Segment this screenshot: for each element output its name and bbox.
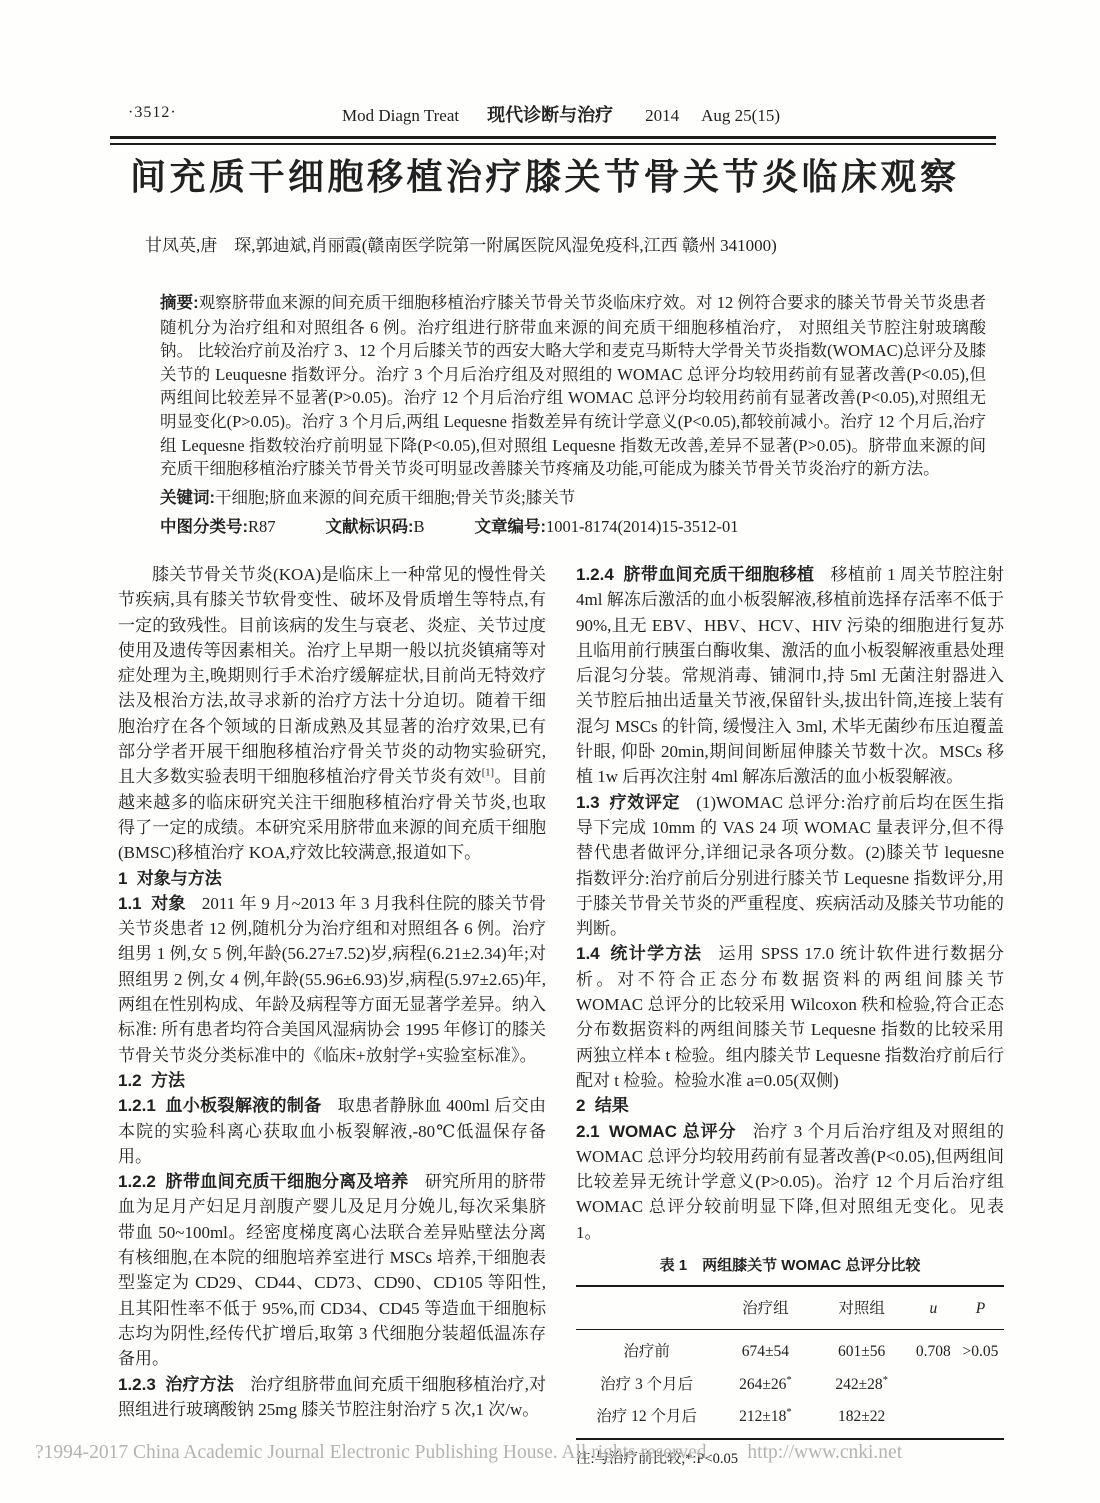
table-header: 治疗组 对照组 u P — [576, 1286, 1004, 1330]
row-label: 治疗前 — [576, 1330, 717, 1368]
col-header-treatment: 治疗组 — [717, 1286, 813, 1330]
abstract-text: 观察脐带血来源的间充质干细胞移植治疗膝关节骨关节炎临床疗效。对 12 例符合要求… — [160, 293, 986, 478]
section-1-4: 1.4统计学方法运用 SPSS 17.0 统计软件进行数据分析。对不符合正态分布… — [576, 941, 1004, 1093]
section-1-2-4-title: 脐带血间充质干细胞移植 — [623, 565, 814, 584]
col-header-p: P — [957, 1286, 1004, 1330]
footer: ?1994-2017 China Academic Journal Electr… — [35, 1442, 902, 1464]
journal-year: 2014 — [645, 106, 679, 125]
section-1-2-4-num: 1.2.4 — [576, 565, 614, 584]
section-1-3-title: 疗效评定 — [609, 793, 680, 812]
keywords-line: 关键词:干细胞;脐血来源的间充质干细胞;骨关节炎;膝关节 — [160, 486, 986, 511]
section-1-2-1: 1.2.1血小板裂解液的制备取患者静脉血 400ml 后交由本院的实验科离心获取… — [118, 1093, 546, 1169]
journal-title-cn: 现代诊断与治疗 — [487, 105, 613, 125]
control-value: 242±28* — [814, 1368, 910, 1400]
section-1-4-title: 统计学方法 — [609, 944, 702, 963]
section-1-2-3-num: 1.2.3 — [118, 1375, 156, 1394]
value: 601±56 — [838, 1343, 885, 1360]
section-1-2-2-text: 研究所用的脐带血为足月产妇足月剖腹产婴儿及足月分娩儿,每次采集脐带血 50~10… — [118, 1172, 546, 1368]
clc-group: 中图分类号:R87 — [160, 517, 276, 536]
p-value — [957, 1368, 1004, 1400]
paper-page: ·3512· Mod Diagn Treat现代诊断与治疗2014Aug 25(… — [0, 0, 1100, 1503]
table-body: 治疗前 674±54 601±56 0.708 >0.05 治疗 3 个月后 2… — [576, 1330, 1004, 1439]
table-row-12-months: 治疗 12 个月后 212±18* 182±22 — [576, 1400, 1004, 1439]
treatment-value: 212±18* — [717, 1400, 813, 1439]
heading-1-title: 对象与方法 — [137, 869, 222, 888]
row-label: 治疗 12 个月后 — [576, 1400, 717, 1439]
heading-2-num: 2 — [576, 1096, 585, 1115]
table-row-pretreatment: 治疗前 674±54 601±56 0.708 >0.05 — [576, 1330, 1004, 1368]
p-value — [957, 1400, 1004, 1439]
section-1-2-1-title: 血小板裂解液的制备 — [165, 1096, 321, 1115]
section-1-3-text: (1)WOMAC 总评分:治疗前后均在医生指导下完成 10mm 的 VAS 24… — [576, 793, 1004, 938]
clc-label: 中图分类号: — [160, 518, 248, 536]
heading-1-2-title: 方法 — [151, 1071, 185, 1090]
left-column: 膝关节骨关节炎(KOA)是临床上一种常见的慢性骨关节疾病,具有膝关节软骨变性、破… — [118, 562, 546, 1469]
article-id-group: 文章编号:1001-8174(2014)15-3512-01 — [475, 517, 739, 536]
footer-url: http://www.cnki.net — [747, 1442, 902, 1463]
sig-marker: * — [883, 1374, 888, 1385]
article-id-label: 文章编号: — [475, 518, 547, 536]
reference-marker: [1] — [482, 768, 494, 779]
section-1-1-num: 1.1 — [118, 894, 142, 913]
copyright-text: ?1994-2017 China Academic Journal Electr… — [35, 1442, 711, 1463]
section-1-2-3: 1.2.3治疗方法治疗组脐带血间充质干细胞移植治疗,对照组进行玻璃酸钠 25mg… — [118, 1372, 546, 1423]
keywords-label: 关键词: — [160, 489, 215, 507]
section-2-1-num: 2.1 — [576, 1122, 600, 1141]
heading-1: 1对象与方法 — [118, 866, 546, 891]
sig-marker: * — [786, 1407, 791, 1418]
intro-text-1: 膝关节骨关节炎(KOA)是临床上一种常见的慢性骨关节疾病,具有膝关节软骨变性、破… — [118, 565, 546, 786]
section-1-4-num: 1.4 — [576, 944, 600, 963]
control-value: 182±22 — [814, 1400, 910, 1439]
section-1-2-4: 1.2.4脐带血间充质干细胞移植移植前 1 周关节腔注射 4ml 解冻后激活的血… — [576, 562, 1004, 790]
heading-2-title: 结果 — [595, 1096, 629, 1115]
heading-1-num: 1 — [118, 869, 127, 888]
section-1-1-title: 对象 — [151, 894, 186, 913]
heading-2: 2结果 — [576, 1093, 1004, 1118]
abstract-label: 摘要: — [160, 294, 199, 312]
doc-code-value: B — [414, 517, 425, 536]
section-2-1: 2.1WOMAC 总评分治疗 3 个月后治疗组及对照组的 WOMAC 总评分均较… — [576, 1119, 1004, 1245]
running-head: ·3512· Mod Diagn Treat现代诊断与治疗2014Aug 25(… — [118, 101, 1004, 127]
intro-paragraph: 膝关节骨关节炎(KOA)是临床上一种常见的慢性骨关节疾病,具有膝关节软骨变性、破… — [118, 562, 546, 866]
value: 212±18 — [739, 1408, 786, 1425]
front-matter: 摘要:观察脐带血来源的间充质干细胞移植治疗膝关节骨关节炎临床疗效。对 12 例符… — [160, 291, 986, 540]
section-1-2-4-text: 移植前 1 周关节腔注射 4ml 解冻后激活的血小板裂解液,移植前选择存活率不低… — [576, 565, 1004, 786]
col-header-empty — [576, 1286, 717, 1330]
section-1-2-2-num: 1.2.2 — [118, 1172, 156, 1191]
section-1-2-1-num: 1.2.1 — [118, 1096, 156, 1115]
treatment-value: 674±54 — [717, 1330, 813, 1368]
value: 182±22 — [838, 1408, 885, 1425]
clc-value: R87 — [248, 517, 276, 536]
journal-issue: Aug 25(15) — [701, 106, 780, 125]
col-header-control: 对照组 — [814, 1286, 910, 1330]
section-1-1-text: 2011 年 9 月~2013 年 3 月我科住院的膝关节骨关节炎患者 12 例… — [118, 894, 546, 1065]
womac-table-block: 表 1 两组膝关节 WOMAC 总评分比较 治疗组 对照组 u P — [576, 1255, 1004, 1469]
doc-code-group: 文献标识码:B — [326, 517, 425, 536]
classification-line: 中图分类号:R87文献标识码:B文章编号:1001-8174(2014)15-3… — [160, 515, 986, 540]
section-1-3: 1.3疗效评定(1)WOMAC 总评分:治疗前后均在医生指导下完成 10mm 的… — [576, 790, 1004, 942]
u-value: 0.708 — [910, 1330, 957, 1368]
treatment-value: 264±26* — [717, 1368, 813, 1400]
keywords-text: 干细胞;脐血来源的间充质干细胞;骨关节炎;膝关节 — [215, 488, 575, 507]
table-row-3-months: 治疗 3 个月后 264±26* 242±28* — [576, 1368, 1004, 1400]
journal-title-en: Mod Diagn Treat — [342, 106, 459, 125]
section-1-2-2-title: 脐带血间充质干细胞分离及培养 — [165, 1172, 409, 1191]
womac-table: 治疗组 对照组 u P 治疗前 674±54 601±56 0.708 >0.0 — [576, 1285, 1004, 1440]
authors-line: 甘凤英,唐 琛,郭迪斌,肖丽霞(赣南医学院第一附属医院风湿免疫科,江西 赣州 3… — [145, 231, 777, 256]
doc-code-label: 文献标识码: — [326, 518, 414, 536]
article-id-value: 1001-8174(2014)15-3512-01 — [546, 517, 738, 536]
right-column: 1.2.4脐带血间充质干细胞移植移植前 1 周关节腔注射 4ml 解冻后激活的血… — [576, 562, 1004, 1469]
heading-1-2-num: 1.2 — [118, 1071, 142, 1090]
abstract-paragraph: 摘要:观察脐带血来源的间充质干细胞移植治疗膝关节骨关节炎临床疗效。对 12 例符… — [160, 291, 986, 481]
value: 242±28 — [835, 1376, 882, 1393]
table-title: 表 1 两组膝关节 WOMAC 总评分比较 — [576, 1255, 1004, 1277]
u-value — [910, 1368, 957, 1400]
heading-1-2: 1.2方法 — [118, 1068, 546, 1093]
section-1-2-3-title: 治疗方法 — [165, 1375, 234, 1394]
section-2-1-title: WOMAC 总评分 — [609, 1122, 737, 1141]
journal-line: Mod Diagn Treat现代诊断与治疗2014Aug 25(15) — [118, 101, 1004, 127]
section-1-4-text: 运用 SPSS 17.0 统计软件进行数据分析。对不符合正态分布数据资料的两组间… — [576, 944, 1004, 1089]
body-columns: 膝关节骨关节炎(KOA)是临床上一种常见的慢性骨关节疾病,具有膝关节软骨变性、破… — [118, 562, 1004, 1469]
article-title: 间充质干细胞移植治疗膝关节骨关节炎临床观察 — [130, 149, 960, 200]
section-1-1: 1.1对象2011 年 9 月~2013 年 3 月我科住院的膝关节骨关节炎患者… — [118, 891, 546, 1068]
value: 264±26 — [739, 1376, 786, 1393]
section-1-2-2: 1.2.2脐带血间充质干细胞分离及培养研究所用的脐带血为足月产妇足月剖腹产婴儿及… — [118, 1169, 546, 1371]
sig-marker: * — [786, 1374, 791, 1385]
u-value — [910, 1400, 957, 1439]
header-divider — [110, 136, 996, 145]
p-value: >0.05 — [957, 1330, 1004, 1368]
value: 674±54 — [742, 1343, 789, 1360]
control-value: 601±56 — [814, 1330, 910, 1368]
section-1-3-num: 1.3 — [576, 793, 600, 812]
col-header-u: u — [910, 1286, 957, 1330]
row-label: 治疗 3 个月后 — [576, 1368, 717, 1400]
